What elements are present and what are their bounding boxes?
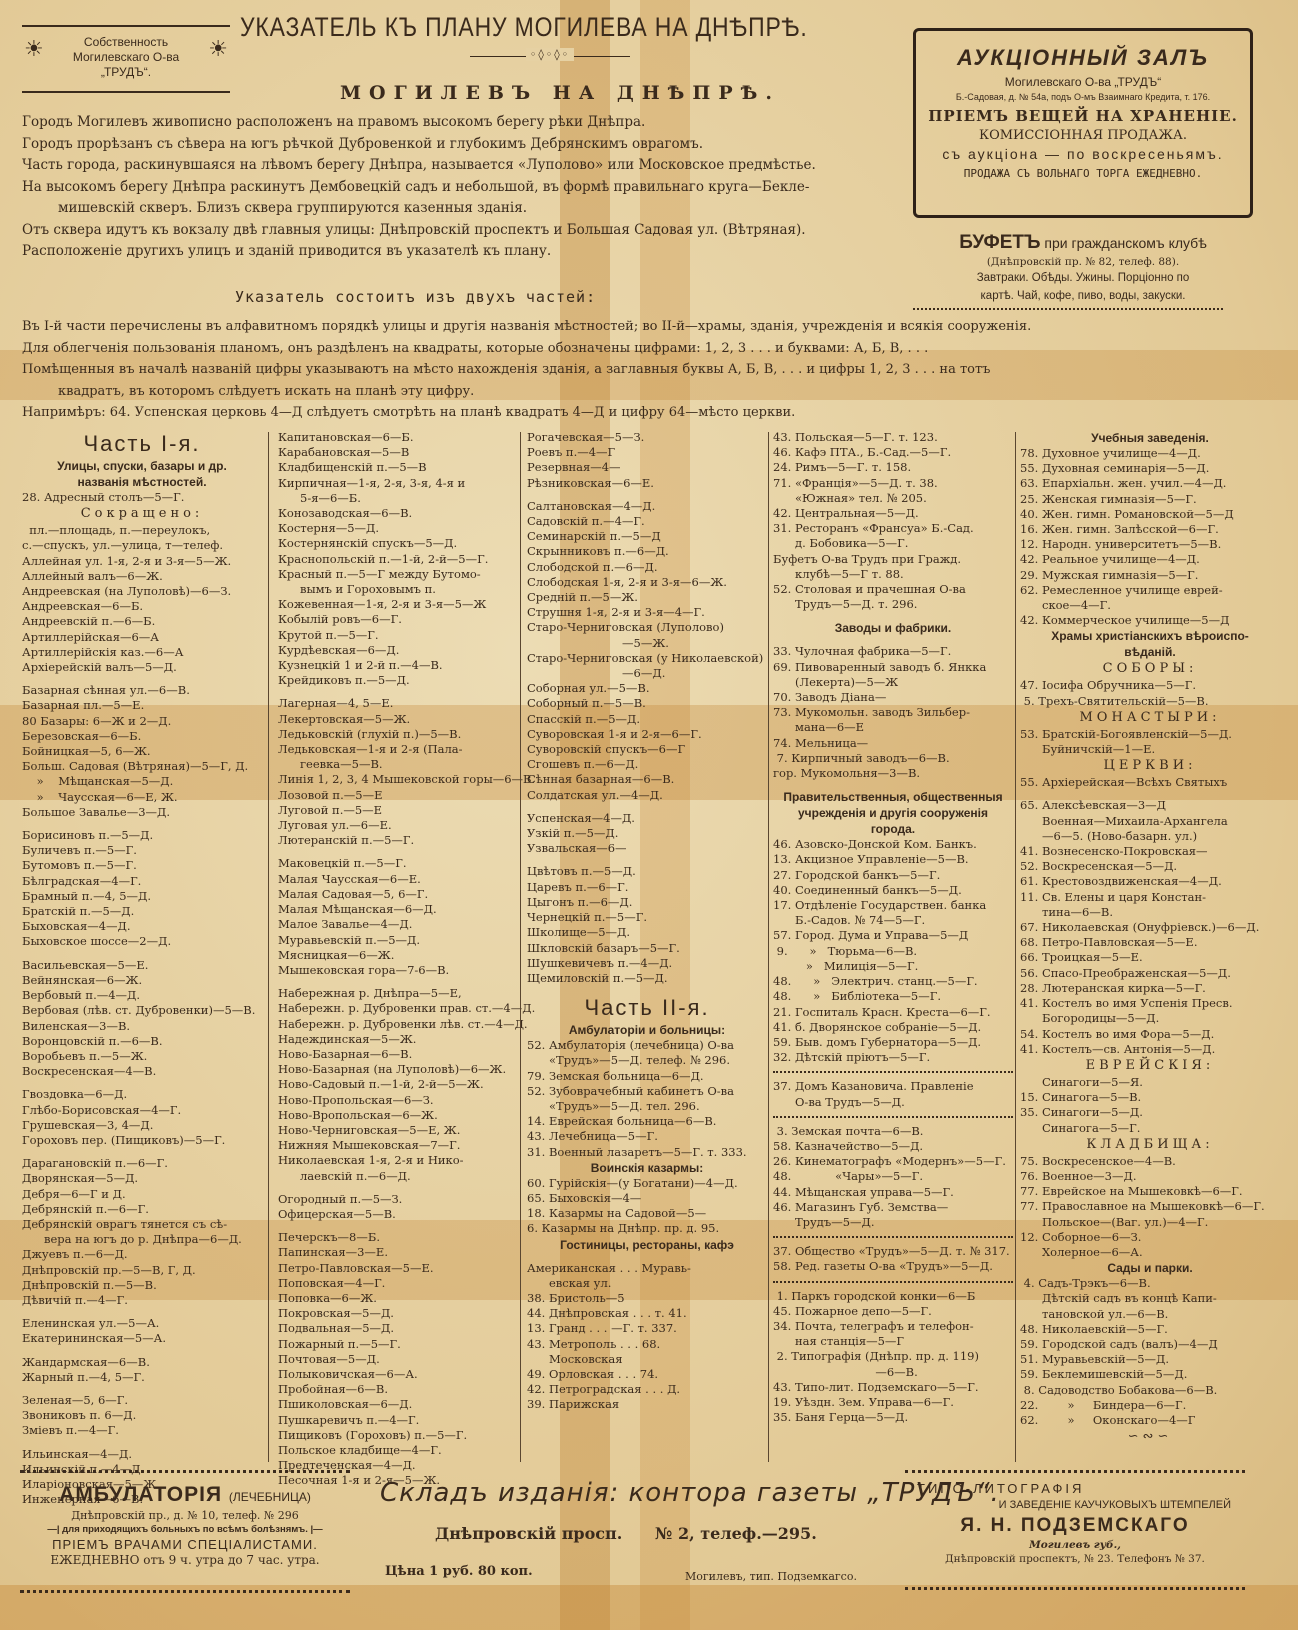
warehouse-address-right: № 2, телеф.—295. [655, 1524, 817, 1543]
sunburst-ornament-icon: ☀ [208, 41, 228, 56]
section-heading: ЦЕРКВИ: [1020, 757, 1280, 775]
index-entry: 55. Духовная семинарія—5—Д. [1020, 461, 1280, 476]
ambulatory-line-1: —| для приходящихъ больныхъ по всѣмъ бол… [20, 1524, 350, 1535]
index-entry: 48. » Электрич. станц.—5—Г. [773, 974, 1013, 989]
index-entry: Виленская—3—В. [22, 1019, 262, 1034]
spacer [22, 675, 262, 683]
index-entry: 48. Николаевскій—5—Г. [1020, 1322, 1280, 1337]
index-entry: Суворовская 1-я и 2-я—6—Г. [527, 727, 767, 742]
index-entry: Борисиновъ п.—5—Д. [22, 828, 262, 843]
ambulatory-address: Днѣпровскій пр., д. № 10, телеф. № 296 [20, 1509, 350, 1522]
index-entry: Андреевскій п.—6—Б. [22, 614, 262, 629]
buffet-title: БУФЕТЪ [959, 232, 1040, 253]
index-entry: 34. Почта, телеграфъ и телефон- [773, 1319, 1013, 1334]
auction-title: АУКЦІОННЫЙ ЗАЛЪ [916, 45, 1250, 71]
index-entry: 43. Польская—5—Г. т. 123. [773, 430, 1013, 445]
index-entry: 47. Іосифа Обручника—5—Г. [1020, 678, 1280, 693]
spacer [527, 491, 767, 499]
index-entry: 31. Ресторанъ «Франсуа» Б.-Сад. [773, 521, 1013, 536]
intro-line: Городъ Могилевъ живописно расположенъ на… [22, 112, 902, 134]
index-entry: Артиллерійская—6—А [22, 630, 262, 645]
index-entry: 28. Лютеранская кирка—5—Г. [1020, 981, 1280, 996]
index-entry: 53. Братскій-Богоявленскій—5—Д. [1020, 727, 1280, 742]
section-heading: МОНАСТЫРИ: [1020, 709, 1280, 727]
spacer [527, 1253, 767, 1261]
index-entry: » Милиція—5—Г. [773, 959, 1013, 974]
index-entry: Средній п.—5—Ж. [527, 590, 767, 605]
index-entry: Кобылій ровъ—6—Г. [278, 612, 518, 627]
index-entry: 65. Быховскія—4— [527, 1191, 767, 1206]
index-entry: Семинарскій п.—5—Д [527, 529, 767, 544]
spacer [527, 803, 767, 811]
warehouse-ad: Складъ изданія: контора газеты „ТРУДЪ“. … [380, 1478, 880, 1508]
index-entry: Мясницкая—6—Ж. [278, 948, 518, 963]
index-entry: » Чаусская—6—Е, Ж. [22, 790, 262, 805]
index-entry: Быховская—4—Д. [22, 919, 262, 934]
spacer [278, 848, 518, 856]
index-entry: (Лекерта)—5—Ж [773, 675, 1013, 690]
index-entry: Надеждинская—5—Ж. [278, 1032, 518, 1047]
index-entry: Грушевская—3, 4—Д. [22, 1118, 262, 1133]
index-entry: Набережн. р. Дубровенки лѣв. ст.—4—Д. [278, 1017, 518, 1032]
index-entry: Американская . . . Муравь- [527, 1261, 767, 1276]
index-entry: Сѣнная базарная—6—В. [527, 772, 767, 787]
spacer [278, 978, 518, 986]
index-entry: вымъ и Гороховымъ п. [278, 582, 518, 597]
column-divider [268, 432, 269, 1462]
index-entry: Джуевъ п.—6—Д. [22, 1247, 262, 1262]
section-heading: Сады и парки. [1020, 1260, 1280, 1276]
index-entry: Вербовая (лѣв. ст. Дубровенки)—5—В. [22, 1003, 262, 1018]
index-entry: Николаевская 1-я, 2-я и Нико- [278, 1153, 518, 1168]
index-entry: 37. Общество «Трудъ»—5—Д. т. № 317. [773, 1244, 1013, 1259]
spacer [22, 1385, 262, 1393]
title-ornament: ◦◊◦◊◦ [470, 56, 630, 57]
section-heading: Учебныя заведенія. [1020, 430, 1280, 446]
index-entry: Карабановская—5—В [278, 445, 518, 460]
index-entry: Кузнецкій 1 и 2-й п.—4—В. [278, 658, 518, 673]
section-heading: города. [773, 821, 1013, 837]
index-entry: 59. Быв. домъ Губернатора—5—Д. [773, 1035, 1013, 1050]
index-entry: Линія 1, 2, 3, 4 Мышековской горы—6—В. [278, 772, 518, 787]
section-heading: учрежденія и другія сооруженія [773, 805, 1013, 821]
index-entry: Соборный п.—5—В. [527, 696, 767, 711]
index-entry: —6—5. (Ново-базарн. ул.) [1020, 829, 1280, 844]
index-entry: 39. Парижская [527, 1397, 767, 1412]
index-entry: 52. Столовая и прачешная О-ва [773, 582, 1013, 597]
index-entry: Аллейная ул. 1-я, 2-я и 3-я—5—Ж. [22, 554, 262, 569]
explain-text: Въ I-й части перечислены въ алфавитномъ … [22, 316, 1282, 424]
index-entry: Царевъ п.—6—Г. [527, 880, 767, 895]
index-entry: 60. Гурійскія—(у Богатани)—4—Д. [527, 1176, 767, 1191]
auction-line-1: ПРІЕМЪ ВЕЩЕЙ НА ХРАНЕНІЕ. [916, 107, 1250, 125]
index-entry: 7. Кирпичный заводъ—6—В. [773, 751, 1013, 766]
index-column-2: Капитановская—6—Б.Карабановская—5—ВКладб… [278, 430, 518, 1489]
index-entry: 76. Военное—3—Д. [1020, 1169, 1280, 1184]
index-entry: 27. Городской банкъ—5—Г. [773, 868, 1013, 883]
index-entry: 3. Земская почта—6—В. [773, 1124, 1013, 1139]
index-entry: Малая Садовая—5, 6—Г. [278, 887, 518, 902]
index-entry: Больш. Садовая (Вѣтряная)—5—Г, Д. [22, 759, 262, 774]
index-entry: Слободская 1-я, 2-я и 3-я—6—Ж. [527, 575, 767, 590]
index-entry: Быховское шоссе—2—Д. [22, 934, 262, 949]
index-entry: 51. Муравьевскій—5—Д. [1020, 1352, 1280, 1367]
index-entry: Узкій п.—5—Д. [527, 826, 767, 841]
index-entry: 13. Акцизное Управленіе—5—В. [773, 852, 1013, 867]
index-entry: 28. Адресный столъ—5—Г. [22, 490, 262, 505]
index-entry: Гороховъ пер. (Пищиковъ)—5—Г. [22, 1133, 262, 1148]
index-entry: 32. Дѣтскій пріютъ—5—Г. [773, 1050, 1013, 1065]
index-entry: Цвѣтовъ п.—5—Д. [527, 864, 767, 879]
intro-line: Городъ прорѣзанъ съ сѣвера на югъ рѣчкой… [22, 134, 902, 156]
spacer [773, 612, 1013, 620]
index-entry: Пожарный п.—5—Г. [278, 1337, 518, 1352]
section-heading: названія мѣстностей. [22, 474, 262, 490]
index-entry: 59. Городской садъ (валъ)—4—Д [1020, 1337, 1280, 1352]
divider [773, 1071, 1013, 1073]
index-entry: Днѣпровскій пр.—5—В, Г, Д. [22, 1263, 262, 1278]
spacer [22, 1347, 262, 1355]
index-entry: Шкловскій базаръ—5—Г. [527, 941, 767, 956]
printer-note: Могилевъ, тип. Подземкагсо. [685, 1570, 857, 1583]
index-entry: 44. Днѣпровская . . . т. 41. [527, 1306, 767, 1321]
index-entry: 16. Жен. гимн. Залѣсской—6—Г. [1020, 522, 1280, 537]
index-entry: Вербовый п.—4—Д. [22, 988, 262, 1003]
index-entry: 31. Военный лазаретъ—5—Г. т. 333. [527, 1145, 767, 1160]
index-entry: Дебрянскій п.—6—Г. [22, 1202, 262, 1217]
index-column-1: Часть I-я.Улицы, спуски, базары и др.наз… [22, 430, 262, 1507]
index-entry: Спасскій п.—5—Д. [527, 712, 767, 727]
index-entry: Набережн. р. Дубровенки прав. ст.—4—Д. [278, 1001, 518, 1016]
section-heading: Гостиницы, рестораны, кафэ [527, 1237, 767, 1253]
index-entry: 70. Заводъ Діана— [773, 690, 1013, 705]
index-entry: Шушкевичевъ п.—4—Д. [527, 956, 767, 971]
auction-owner: Могилевскаго О-ва „ТРУДЪ“ [916, 75, 1250, 89]
index-entry: Школище—5—Д. [527, 925, 767, 940]
index-entry: 40. Соединенный банкъ—5—Д. [773, 883, 1013, 898]
index-entry: Брамный п.—4, 5—Д. [22, 889, 262, 904]
index-entry: Салтановская—4—Д. [527, 499, 767, 514]
index-entry: Жарный п.—4, 5—Г. [22, 1370, 262, 1385]
index-entry: Буфетъ О-ва Трудъ при Гражд. [773, 552, 1013, 567]
index-entry: 63. Епархіальн. жен. учил.—4—Д. [1020, 476, 1280, 491]
index-entry: Зміевъ п.—4—Г. [22, 1423, 262, 1438]
index-entry: 62. » Оконскаго—4—Г [1020, 1413, 1280, 1428]
owner-line-2: Могилевскаго О-ва [22, 50, 230, 65]
section-heading: Сокращено: [22, 505, 262, 523]
index-entry: 42. Коммерческое училище—5—Д [1020, 613, 1280, 628]
section-heading: вѣданій. [1020, 644, 1280, 660]
index-entry: 46. Магазинъ Губ. Земства— [773, 1200, 1013, 1215]
index-entry: —6—В. [773, 1365, 1013, 1380]
index-entry: 66. Троицкая—5—Е. [1020, 950, 1280, 965]
index-entry: Слободской п.—6—Д. [527, 560, 767, 575]
index-entry: тановской ул.—6—В. [1020, 1307, 1280, 1322]
index-entry: Ильинская—4—Д. [22, 1447, 262, 1462]
section-heading: КЛАДБИЩА: [1020, 1136, 1280, 1154]
index-entry: мана—6—Е [773, 720, 1013, 735]
index-entry: Струшня 1-я, 2-я и 3-я—4—Г. [527, 605, 767, 620]
typography-line-1: ТИПО-ЛИТОГРАФІЯ [905, 1481, 1245, 1496]
index-entry: Базарная пл.—5—Е. [22, 698, 262, 713]
ornament-icon: ◦◊◦◊◦ [526, 48, 574, 61]
typography-ad: ТИПО-ЛИТОГРАФІЯ И ЗАВЕДЕНІЕ КАУЧУКОВЫХЪ … [905, 1470, 1245, 1590]
index-entry: Рѣзниковская—6—Е. [527, 476, 767, 491]
index-entry: Богородицы—5—Д. [1020, 1011, 1280, 1026]
index-entry: Папинская—3—Е. [278, 1245, 518, 1260]
index-entry: Синагога—5—Г. [1020, 1121, 1280, 1136]
auction-hall-ad: АУКЦІОННЫЙ ЗАЛЪ Могилевскаго О-ва „ТРУДЪ… [913, 28, 1253, 218]
owner-box: ☀ Собственность Могилевскаго О-ва „ТРУДЪ… [22, 25, 230, 93]
index-entry: 38. Бристоль—5 [527, 1291, 767, 1306]
index-entry: 61. Крестовоздвиженская—4—Д. [1020, 874, 1280, 889]
index-entry: Пшиколовская—6—Д. [278, 1397, 518, 1412]
index-entry: Подвальная—5—Д. [278, 1321, 518, 1336]
column-divider [768, 432, 769, 1462]
index-entry: Екатерининская—5—А. [22, 1331, 262, 1346]
index-entry: Ново-Базарная (на Луполовѣ)—6—Ж. [278, 1062, 518, 1077]
index-entry: Почтовая—5—Д. [278, 1352, 518, 1367]
index-entry: 11. Св. Елены и царя Констан- [1020, 890, 1280, 905]
typography-line-2: И ЗАВЕДЕНІЕ КАУЧУКОВЫХЪ ШТЕМПЕЛЕЙ [905, 1499, 1245, 1511]
index-entry: Глѣбо-Борисовская—4—Г. [22, 1103, 262, 1118]
index-entry: Сгошевъ п.—6—Д. [527, 757, 767, 772]
index-entry: Суворовскій спускъ—6—Г [527, 742, 767, 757]
index-entry: Бойницкая—5, 6—Ж. [22, 744, 262, 759]
index-entry: 71. «Франція»—5—Д. т. 38. [773, 476, 1013, 491]
index-entry: 41. Костелъ—св. Антонія—5—Д. [1020, 1042, 1280, 1057]
explain-line: Для облегченія пользованія планомъ, онъ … [22, 338, 1282, 360]
index-entry: 2. Типографія (Днѣпр. пр. д. 119) [773, 1349, 1013, 1364]
page-title: УКАЗАТЕЛЬ КЪ ПЛАНУ МОГИЛЕВА НА ДНѢПРѢ. [240, 12, 808, 43]
index-entry: 68. Петро-Павловская—5—Е. [1020, 935, 1280, 950]
buffet-address: (Днѣпровскій пр. № 82, телеф. 88). [913, 256, 1253, 268]
intro-line: мишевскій скверъ. Близъ сквера группирую… [22, 198, 902, 220]
index-entry: 42. Центральная—5—Д. [773, 506, 1013, 521]
index-entry: Васильевская—5—Е. [22, 958, 262, 973]
index-entry: 57. Город. Дума и Управа—5—Д [773, 928, 1013, 943]
index-entry: 9. » Тюрьма—6—В. [773, 944, 1013, 959]
index-entry: 44. Мѣщанская управа—5—Г. [773, 1185, 1013, 1200]
ambulatory-line-2: ПРІЕМЪ ВРАЧАМИ СПЕЦІАЛИСТАМИ. [20, 1537, 350, 1552]
owner-line-3: „ТРУДЪ“. [22, 65, 230, 80]
index-entry: Ново-Базарная—6—В. [278, 1047, 518, 1062]
section-heading: ∽∾∽ [1020, 1428, 1280, 1446]
index-entry: 37. Домъ Казановича. Правленіе [773, 1079, 1013, 1094]
index-entry: Дворянская—5—Д. [22, 1171, 262, 1186]
warehouse-title: Складъ изданія: контора газеты „ТРУДЪ“. [380, 1478, 880, 1508]
spacer [22, 950, 262, 958]
index-entry: 52. Воскресенская—5—Д. [1020, 859, 1280, 874]
index-entry: Нижняя Мышековская—7—Г. [278, 1138, 518, 1153]
intro-line: Отъ сквера идутъ къ вокзалу двѣ главныя … [22, 220, 902, 242]
index-entry: 69. Пивоваренный заводъ б. Янкка [773, 660, 1013, 675]
index-entry: 55. Архіерейская—Всѣхъ Святыхъ [1020, 775, 1280, 790]
buffet-ad: БУФЕТЪ при гражданскомъ клубѣ (Днѣпровск… [913, 232, 1253, 304]
index-entry: Гвоздовка—6—Д. [22, 1087, 262, 1102]
index-entry: 67. Николаевская (Онуфріевск.)—6—Д. [1020, 920, 1280, 935]
index-entry: Дебрянскій оврагъ тянется съ сѣ- [22, 1217, 262, 1232]
index-entry: Печерскъ—8—Б. [278, 1230, 518, 1245]
index-entry: Кожевенная—1-я, 2-я и 3-я—5—Ж [278, 597, 518, 612]
index-entry: 74. Мельница— [773, 736, 1013, 751]
index-entry: Воробьевъ п.—5—Ж. [22, 1049, 262, 1064]
index-entry: Красный п.—5—Г между Бутомо- [278, 567, 518, 582]
index-entry: Узвальская—6— [527, 841, 767, 856]
index-entry: Поповка—6—Ж. [278, 1291, 518, 1306]
index-entry: Трудъ—5—Д. т. 296. [773, 597, 1013, 612]
index-entry: 41. б. Дворянское собраніе—5—Д. [773, 1020, 1013, 1035]
index-entry: 80 Базары: 6—Ж и 2—Д. [22, 714, 262, 729]
index-entry: Аллейный валъ—6—Ж. [22, 569, 262, 584]
index-entry: Польское—(Ваг. ул.)—4—Г. [1020, 1215, 1280, 1230]
column-divider [1015, 432, 1016, 1462]
index-entry: 13. Гранд . . . —Г. т. 337. [527, 1321, 767, 1336]
index-entry: Березовская—6—Б. [22, 729, 262, 744]
index-entry: 8. Садоводство Бобакова—6—В. [1020, 1383, 1280, 1398]
section-heading: Храмы христіанскихъ вѣроиспо- [1020, 628, 1280, 644]
index-entry: Луговой п.—5—Е [278, 803, 518, 818]
spacer [22, 1079, 262, 1087]
index-entry: Синагоги—5—Я. [1020, 1075, 1280, 1090]
index-entry: Капитановская—6—Б. [278, 430, 518, 445]
index-entry: вера на югъ до р. Днѣпра—6—Д. [22, 1232, 262, 1247]
section-heading: Амбулаторіи и больницы: [527, 1022, 767, 1038]
index-entry: Холерное—6—А. [1020, 1245, 1280, 1260]
index-entry: Огородный п.—5—З. [278, 1192, 518, 1207]
index-entry: Щемиловскій п.—5—Д. [527, 971, 767, 986]
index-entry: —6—Д. [527, 666, 767, 681]
spacer [1020, 790, 1280, 798]
index-entry: 49. Орловская . . . 74. [527, 1367, 767, 1382]
index-entry: 12. Соборное—6—З. [1020, 1230, 1280, 1245]
column-divider [520, 432, 521, 1462]
index-entry: 33. Чулочная фабрика—5—Г. [773, 644, 1013, 659]
section-heading: Заводы и фабрики. [773, 620, 1013, 636]
index-entry: 26. Кинематографъ «Модернъ»—5—Г. [773, 1154, 1013, 1169]
index-entry: Братскій п.—5—Д. [22, 904, 262, 919]
index-entry: 15. Синагога—5—В. [1020, 1090, 1280, 1105]
index-entry: гор. Мукомольня—3—В. [773, 766, 1013, 781]
index-entry: ское—4—Г. [1020, 598, 1280, 613]
spacer [22, 1148, 262, 1156]
index-entry: 4. Садъ-Трэкъ—6—В. [1020, 1276, 1280, 1291]
index-entry: 35. Баня Герца—5—Д. [773, 1410, 1013, 1425]
index-entry: 41. Вознесенско-Покровская— [1020, 844, 1280, 859]
index-entry: О-ва Трудъ—5—Д. [773, 1095, 1013, 1110]
index-entry: Курдѣевская—6—Д. [278, 643, 518, 658]
divider [773, 1236, 1013, 1238]
index-entry: Мышековская гора—7-6—В. [278, 963, 518, 978]
explain-line: квадратъ, въ которомъ слѣдуетъ искать на… [22, 381, 1282, 403]
index-entry: Артиллерійскія каз.—6—А [22, 645, 262, 660]
index-entry: Кладбищенскій п.—5—В [278, 460, 518, 475]
index-entry: Успенская—4—Д. [527, 811, 767, 826]
index-entry: 19. Уѣздн. Зем. Управа—6—Г. [773, 1395, 1013, 1410]
index-entry: Бѣлградская—4—Г. [22, 874, 262, 889]
ambulatory-note: (ЛЕЧЕБНИЦА) [229, 1490, 311, 1504]
explain-line: Въ I-й части перечислены въ алфавитномъ … [22, 316, 1282, 338]
index-entry: Малое Завалье—4—Д. [278, 917, 518, 932]
index-entry: Садовскій п.—4—Г. [527, 514, 767, 529]
index-entry: Б.-Садов. № 74—5—Г. [773, 913, 1013, 928]
index-entry: 42. Петроградская . . . Д. [527, 1382, 767, 1397]
intro-line: На высокомъ берегу Днѣпра раскинутъ Демб… [22, 177, 902, 199]
index-entry: 52. Зубоврачебный кабинетъ О-ва [527, 1084, 767, 1099]
index-entry: Чернецкій п.—5—Г. [527, 910, 767, 925]
typography-city: Могилевъ губ., [905, 1539, 1245, 1551]
index-entry: Костерня—5—Д. [278, 521, 518, 536]
index-entry: Еленинская ул.—5—А. [22, 1316, 262, 1331]
index-entry: Архіерейскій валъ—5—Д. [22, 660, 262, 675]
buffet-line-1: Завтраки. Обѣды. Ужины. Порціонно по [913, 271, 1253, 286]
index-entry: с.—спускъ, ул.—улица, т—телеф. [22, 538, 262, 553]
spacer [773, 636, 1013, 644]
divider [913, 308, 1223, 310]
index-entry: Дебря—6—Г и Д. [22, 1187, 262, 1202]
index-entry: 17. Отдѣленіе Государствен. банка [773, 898, 1013, 913]
index-entry: Крейдиковъ п.—5—Д. [278, 673, 518, 688]
auction-line-2: КОМИССІОННАЯ ПРОДАЖА. [916, 128, 1250, 143]
ambulatory-title: АМБУЛАТОРІЯ [59, 1483, 222, 1506]
index-entry: 24. Римъ—5—Г. т. 158. [773, 460, 1013, 475]
intro-line: Часть города, раскинувшаяся на лѣвомъ бе… [22, 155, 902, 177]
index-entry: 48. » Библіотека—5—Г. [773, 989, 1013, 1004]
index-entry: 46. Кафэ ПТА., Б.-Сад.—5—Г. [773, 445, 1013, 460]
auction-line-3: съ аукціона — по воскресеньямъ. [916, 146, 1250, 162]
index-entry: клубѣ—5—Г т. 88. [773, 567, 1013, 582]
typography-name: Я. Н. ПОДЗЕМСКАГО [905, 1515, 1245, 1537]
index-entry: Резервная—4— [527, 460, 767, 475]
index-entry: 43. Типо-лит. Подземскаго—5—Г. [773, 1380, 1013, 1395]
index-entry: д. Бобовика—5—Г. [773, 536, 1013, 551]
explain-line: Помѣщенныя въ началѣ названій цифры указ… [22, 359, 1282, 381]
typography-address: Днѣпровскій проспектъ, № 23. Телефонъ № … [905, 1553, 1245, 1565]
index-entry: 21. Госпиталь Красн. Креста—6—Г. [773, 1005, 1013, 1020]
index-entry: 56. Спасо-Преображенская—5—Д. [1020, 966, 1280, 981]
index-entry: Цыгонъ п.—6—Д. [527, 895, 767, 910]
index-entry: 43. Лечебница—5—Г. [527, 1129, 767, 1144]
index-entry: 35. Синагоги—5—Д. [1020, 1105, 1280, 1120]
index-entry: Большое Завалье—3—Д. [22, 805, 262, 820]
index-entry: 75. Воскресенское—4—В. [1020, 1154, 1280, 1169]
index-entry: 59. Беклемишевскій—5—Д. [1020, 1367, 1280, 1382]
spacer [22, 1308, 262, 1316]
index-entry: Рогачевская—5—З. [527, 430, 767, 445]
index-entry: Роевъ п.—4—Г [527, 445, 767, 460]
index-entry: Лозовой п.—5—Е [278, 788, 518, 803]
index-entry: Соборная ул.—5—В. [527, 681, 767, 696]
page-subtitle: МОГИЛЕВЪ НА ДНѢПРѢ. [340, 82, 780, 104]
index-entry: 79. Земская больница—6—Д. [527, 1069, 767, 1084]
index-entry: Офицерская—5—В. [278, 1207, 518, 1222]
index-entry: Дѣтскій садъ въ концѣ Капи- [1020, 1291, 1280, 1306]
index-entry: Буйничскій—1—Е. [1020, 742, 1280, 757]
auction-line-4: ПРОДАЖА СЪ ВОЛЬНАГО ТОРГА ЕЖЕДНЕВНО. [916, 167, 1250, 180]
divider [773, 1116, 1013, 1118]
index-entry: Андреевская (на Луполовѣ)—6—З. [22, 584, 262, 599]
index-entry: 73. Мукомольн. заводъ Зильбер- [773, 705, 1013, 720]
index-entry: 25. Женская гимназія—5—Г. [1020, 492, 1280, 507]
section-heading: ЕВРЕЙСКІЯ: [1020, 1057, 1280, 1075]
index-entry: Дѣвичій п.—4—Г. [22, 1293, 262, 1308]
index-entry: Солдатская ул.—4—Д. [527, 788, 767, 803]
buffet-subtitle: при гражданскомъ клубѣ [1044, 235, 1206, 251]
index-entry: Ледьковская—1-я и 2-я (Пала- [278, 742, 518, 757]
index-entry: Лагерная—4, 5—Е. [278, 696, 518, 711]
index-entry: Московская [527, 1352, 767, 1367]
index-entry: 54. Костелъ во имя Фора—5—Д. [1020, 1027, 1280, 1042]
